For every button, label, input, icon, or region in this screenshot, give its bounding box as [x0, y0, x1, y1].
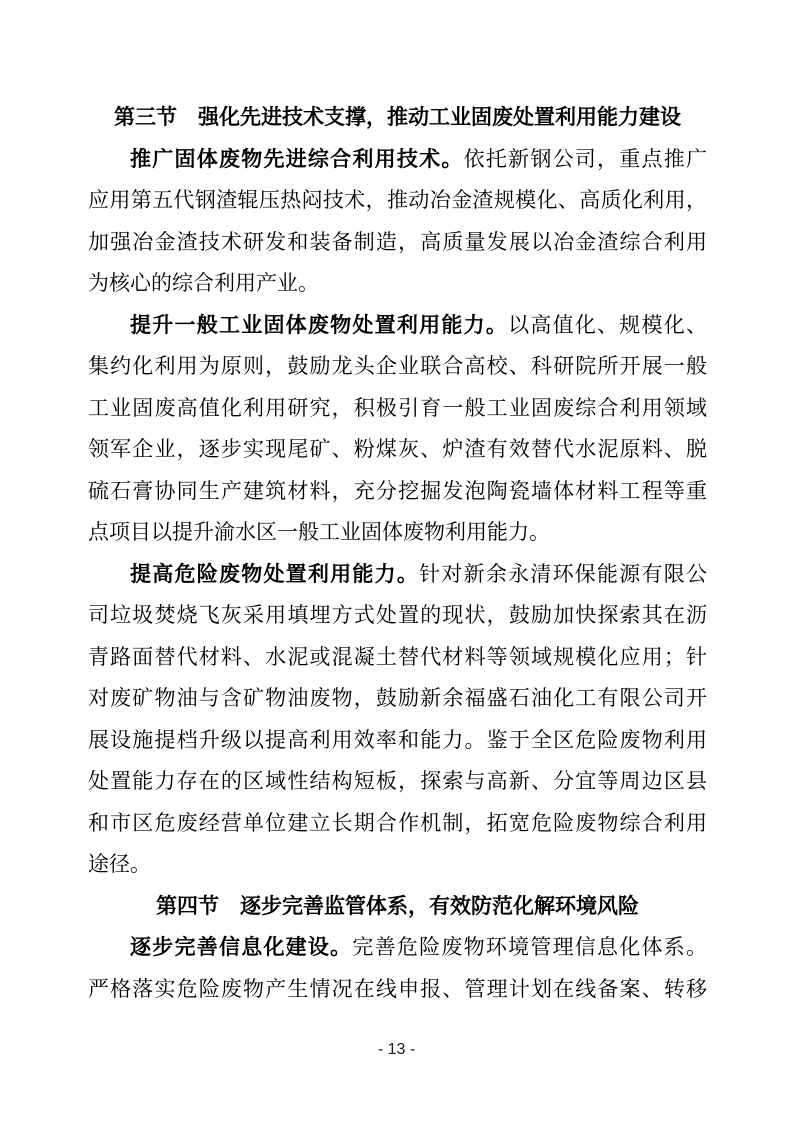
paragraph-line: 严格落实危险废物产生情况在线申报、管理计划在线备案、转移 [88, 969, 707, 1011]
paragraph-line: 处置能力存在的区域性结构短板，探索与高新、分宜等周边区县 [88, 761, 707, 803]
paragraph-last-line: 为核心的综合利用产业。 [88, 263, 707, 305]
text-run: 加强冶金渣技术研发和装备制造，高质量发展以冶金渣综合利用 [88, 231, 707, 254]
paragraph-line: 应用第五代钢渣辊压热闷技术，推动冶金渣规模化、高质化利用， [88, 180, 707, 222]
paragraph-line: 领军企业，逐步实现尾矿、粉煤灰、炉渣有效替代水泥原料、脱 [88, 429, 707, 471]
text-run: 点项目以提升渝水区一般工业固体废物利用能力。 [88, 521, 550, 544]
paragraph-first-line: 提升一般工业固体废物处置利用能力。以高值化、规模化、 [88, 305, 707, 347]
paragraph-line: 硫石膏协同生产建筑材料，充分挖掘发泡陶瓷墙体材料工程等重 [88, 471, 707, 513]
text-run: 对废矿物油与含矿物油废物，鼓励新余福盛石油化工有限公司开 [88, 687, 707, 710]
page-number: - 13 - [0, 1039, 793, 1061]
bold-text-run: 逐步完善信息化建设。 [130, 936, 352, 959]
text-run: 工业固废高值化利用研究，积极引育一般工业固废综合利用领域 [88, 397, 707, 420]
text-run: 严格落实危险废物产生情况在线申报、管理计划在线备案、转移 [88, 978, 707, 1001]
paragraph-first-line: 推广固体废物先进综合利用技术。依托新钢公司，重点推广 [88, 139, 707, 181]
text-run: 途径。 [88, 853, 151, 876]
text-run: 为核心的综合利用产业。 [88, 272, 319, 295]
paragraph-line: 工业固废高值化利用研究，积极引育一般工业固废综合利用领域 [88, 388, 707, 430]
paragraph-line: 青路面替代材料、水泥或混凝土替代材料等领域规模化应用；针 [88, 637, 707, 679]
text-run: 和市区危废经营单位建立长期合作机制，拓宽危险废物综合利用 [88, 812, 707, 835]
bold-text-run: 提升一般工业固体废物处置利用能力。 [130, 314, 508, 337]
paragraph-line: 对废矿物油与含矿物油废物，鼓励新余福盛石油化工有限公司开 [88, 678, 707, 720]
text-run: 集约化利用为原则，鼓励龙头企业联合高校、科研院所开展一般 [88, 355, 707, 378]
text-run: 领军企业，逐步实现尾矿、粉煤灰、炉渣有效替代水泥原料、脱 [88, 438, 707, 461]
section-heading: 第三节 强化先进技术支撑，推动工业固废处置利用能力建设 [88, 97, 707, 139]
text-run: 处置能力存在的区域性结构短板，探索与高新、分宜等周边区县 [88, 770, 707, 793]
paragraph-first-line: 逐步完善信息化建设。完善危险废物环境管理信息化体系。 [88, 927, 707, 969]
text-run: 展设施提档升级以提高利用效率和能力。鉴于全区危险废物利用 [88, 729, 707, 752]
text-run: 硫石膏协同生产建筑材料，充分挖掘发泡陶瓷墙体材料工程等重 [88, 480, 707, 503]
text-run: 司垃圾焚烧飞灰采用填埋方式处置的现状，鼓励加快探索其在沥 [88, 604, 707, 627]
text-run: 青路面替代材料、水泥或混凝土替代材料等领域规模化应用；针 [88, 646, 707, 669]
bold-text-run: 推广固体废物先进综合利用技术。 [130, 148, 464, 171]
paragraph-line: 集约化利用为原则，鼓励龙头企业联合高校、科研院所开展一般 [88, 346, 707, 388]
text-run: 针对新余永清环保能源有限公 [419, 563, 707, 586]
paragraph-first-line: 提高危险废物处置利用能力。针对新余永清环保能源有限公 [88, 554, 707, 596]
text-run: 依托新钢公司，重点推广 [464, 148, 707, 171]
paragraph-last-line: 途径。 [88, 844, 707, 886]
text-run: 以高值化、规模化、 [508, 314, 707, 337]
paragraph-line: 展设施提档升级以提高利用效率和能力。鉴于全区危险废物利用 [88, 720, 707, 762]
paragraph-line: 加强冶金渣技术研发和装备制造，高质量发展以冶金渣综合利用 [88, 222, 707, 264]
section-heading: 第四节 逐步完善监管体系，有效防范化解环境风险 [88, 886, 707, 928]
text-run: 完善危险废物环境管理信息化体系。 [352, 936, 707, 959]
bold-text-run: 第三节 强化先进技术支撑，推动工业固废处置利用能力建设 [114, 106, 681, 129]
paragraph-line: 司垃圾焚烧飞灰采用填埋方式处置的现状，鼓励加快探索其在沥 [88, 595, 707, 637]
document-page: 第三节 强化先进技术支撑，推动工业固废处置利用能力建设推广固体废物先进综合利用技… [0, 0, 793, 1122]
bold-text-run: 提高危险废物处置利用能力。 [130, 563, 419, 586]
text-run: 应用第五代钢渣辊压热闷技术，推动冶金渣规模化、高质化利用， [88, 189, 707, 212]
paragraph-line: 和市区危废经营单位建立长期合作机制，拓宽危险废物综合利用 [88, 803, 707, 845]
bold-text-run: 第四节 逐步完善监管体系，有效防范化解环境风险 [156, 895, 639, 918]
document-body: 第三节 强化先进技术支撑，推动工业固废处置利用能力建设推广固体废物先进综合利用技… [88, 97, 707, 1010]
paragraph-last-line: 点项目以提升渝水区一般工业固体废物利用能力。 [88, 512, 707, 554]
